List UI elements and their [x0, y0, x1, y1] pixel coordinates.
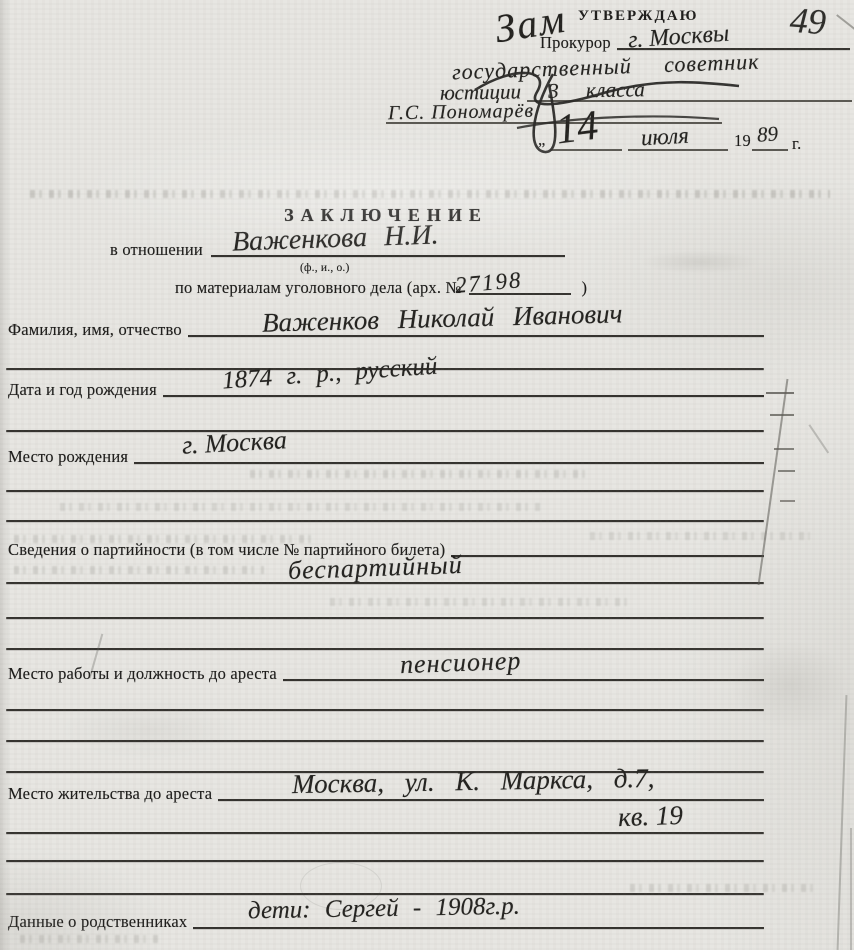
- subject-label: в отношении: [110, 240, 211, 260]
- field-birth-label: Дата и год рождения: [8, 380, 163, 400]
- field-birth-line: [163, 395, 764, 397]
- bleedthrough-line: [20, 935, 160, 943]
- stain: [730, 640, 850, 730]
- fio-hint: (ф., и., о.): [300, 262, 350, 274]
- tear-stub: [766, 392, 794, 394]
- tear-stub: [780, 500, 795, 502]
- approve-stamp-label: УТВЕРЖДАЮ: [578, 8, 699, 25]
- bleedthrough-line: [330, 598, 630, 606]
- blank-rule: [6, 617, 764, 619]
- handwritten-birthplace-value: г. Москва: [181, 425, 287, 460]
- blank-rule: [6, 648, 764, 650]
- case-ref-close: ): [571, 278, 587, 298]
- signature-mark: [455, 56, 765, 156]
- field-relatives-line: [193, 927, 764, 929]
- edge-crease: [850, 828, 852, 950]
- edge-crease: [837, 695, 847, 950]
- scratch-mark: [809, 424, 829, 453]
- field-birthplace-row: Место рождения: [8, 447, 764, 467]
- handwritten-residence-value: Москва, ул. К. Маркса, д.7,: [292, 763, 655, 800]
- blank-rule: [6, 860, 764, 862]
- bleedthrough-line: [590, 532, 810, 540]
- blank-rule: [6, 490, 764, 492]
- field-birthplace-label: Место рождения: [8, 447, 134, 467]
- tear-crease: [758, 379, 789, 585]
- case-ref-label: по материалам уголовного дела (арх. №: [175, 278, 469, 298]
- handwritten-party-value: беспартийный: [288, 550, 464, 586]
- blank-rule: [6, 520, 764, 522]
- blank-rule: [6, 832, 764, 834]
- field-birthplace-line: [134, 462, 764, 464]
- handwritten-work-value: пенсионер: [400, 646, 522, 680]
- field-work-line: [283, 679, 764, 681]
- handwritten-relatives-value: дети: Сергей - 1908г.р.: [248, 893, 520, 926]
- field-work-row: Место работы и должность до ареста: [8, 664, 764, 684]
- case-ref-row: по материалам уголовного дела (арх. № ): [175, 278, 587, 298]
- corner-fold-mark: [836, 14, 854, 32]
- handwritten-residence-value2: кв. 19: [617, 800, 683, 833]
- left-edge-shadow: [0, 0, 10, 950]
- field-work-label: Место работы и должность до ареста: [8, 664, 283, 684]
- tear-stub: [774, 448, 794, 450]
- field-party-line: [451, 555, 764, 557]
- tear-stub: [770, 414, 794, 416]
- blank-rule: [6, 709, 764, 711]
- bleedthrough-line: [250, 470, 590, 478]
- bleedthrough-line: [30, 190, 830, 198]
- field-residence-label: Место жительства до ареста: [8, 784, 218, 804]
- bleedthrough-line: [14, 566, 264, 574]
- handwritten-page-number: 49: [789, 0, 828, 43]
- bleedthrough-line: [60, 503, 540, 511]
- scanned-document-page: Зам УТВЕРЖДАЮ Прокурор г. Москвы государ…: [0, 0, 854, 950]
- field-relatives-label: Данные о родственниках: [8, 912, 193, 932]
- field-surname-label: Фамилия, имя, отчество: [8, 320, 188, 340]
- stain: [640, 250, 760, 274]
- tear-stub: [778, 470, 795, 472]
- blank-rule: [6, 430, 764, 432]
- bleedthrough-line: [630, 884, 820, 892]
- date-year-suffix: г.: [792, 134, 801, 154]
- blank-rule: [6, 740, 764, 742]
